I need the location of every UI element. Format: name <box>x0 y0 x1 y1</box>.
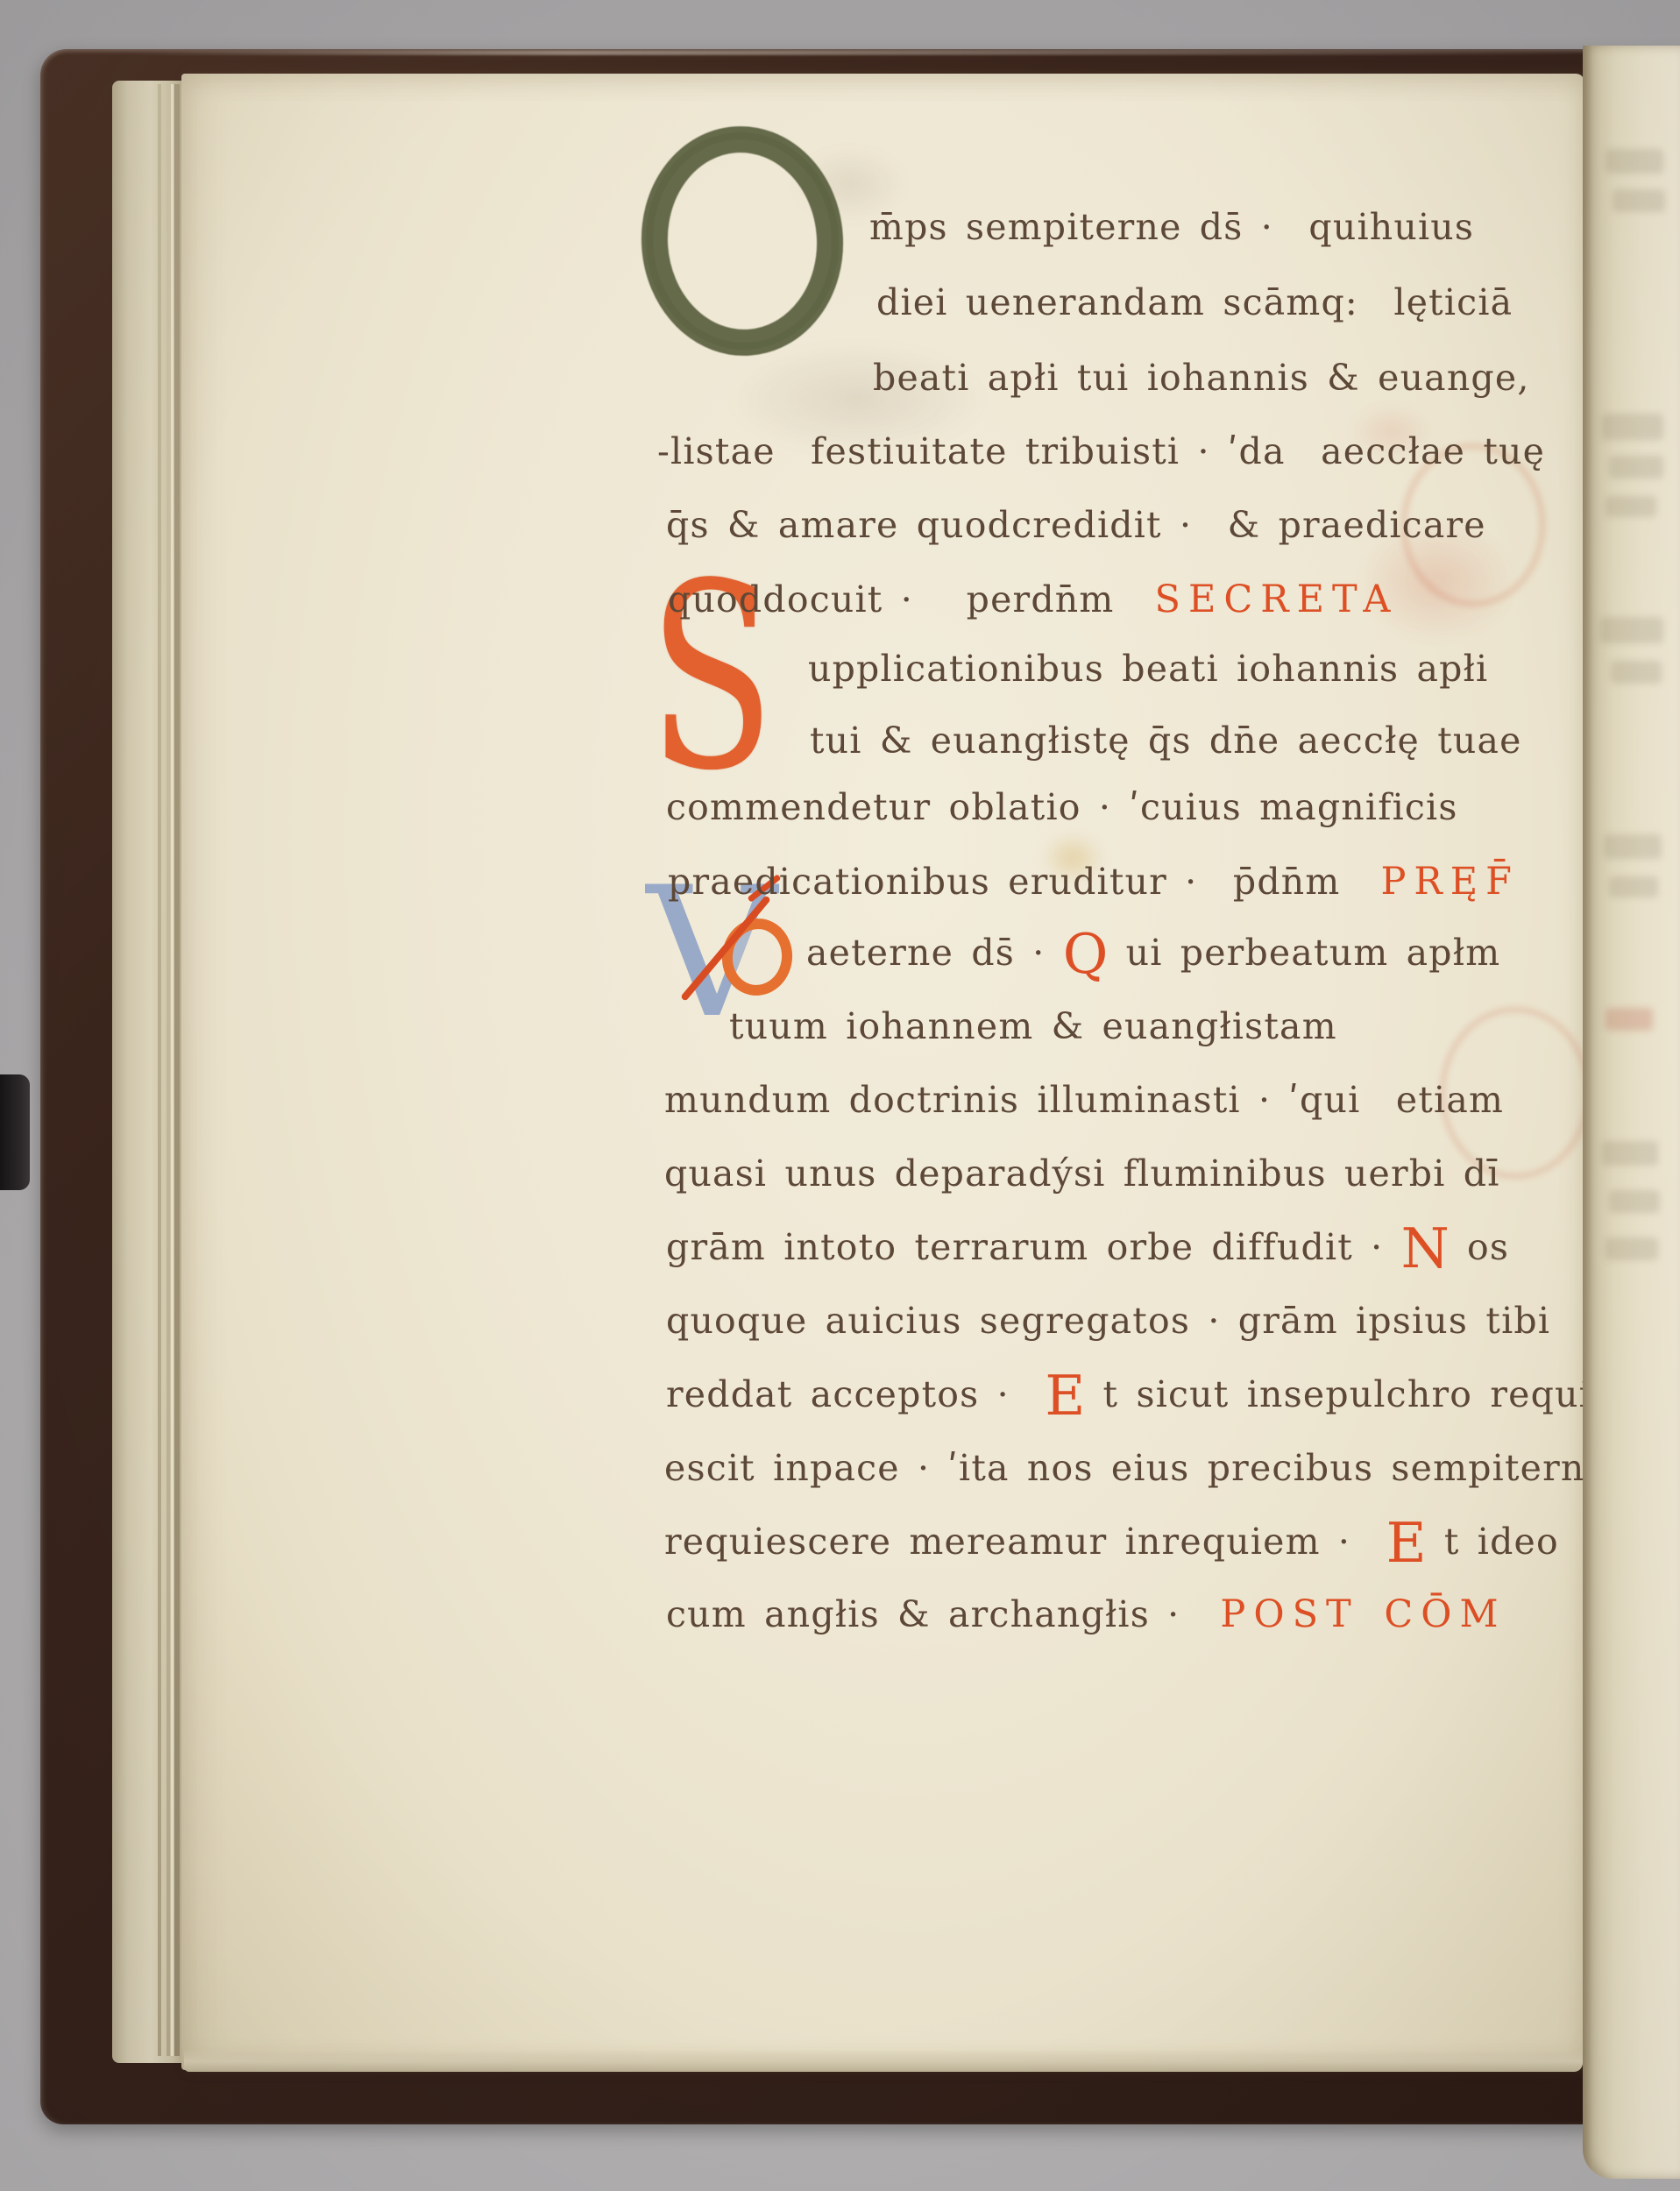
ghost-text <box>1609 876 1658 897</box>
text-segment: cum angłis & archangłis · <box>666 1593 1180 1635</box>
rubric-label: PRĘF̄ <box>1380 860 1520 904</box>
text-line-14: quasi unus deparadýsi fluminibus uerbi d… <box>664 1153 1500 1195</box>
text-line-4: -listae festiuitate tribuisti · ʹda aecc… <box>657 431 1545 472</box>
ghost-text <box>1606 496 1656 517</box>
ghost-text <box>1602 414 1663 440</box>
ghost-text <box>1602 1141 1658 1166</box>
text-line-10: praedicationibus eruditur · p̄dn̄mPRĘF̄ <box>668 861 1520 904</box>
inline-initial: E <box>1386 1511 1427 1575</box>
ghost-text <box>1604 834 1662 859</box>
text-line-13: mundum doctrinis illuminasti · ʹqui etia… <box>664 1080 1504 1121</box>
text-line-1: m̄ps sempiterne ds̄ · quihuius <box>869 207 1474 248</box>
ghost-text <box>1606 1237 1658 1260</box>
text-line-3: beati apłi tui iohannis & euange, <box>873 358 1530 399</box>
text-line-12: tuum iohannem & euangłistam <box>729 1006 1337 1047</box>
manuscript-photo: S V m̄ps sempiterne ds̄ · quihuiusdiei u… <box>0 0 1680 2191</box>
inline-initial: N <box>1401 1216 1450 1280</box>
text-segment: commendetur oblatio · ʹcuius magnificis <box>666 786 1458 828</box>
text-line-16: quoque auicius segregatos · grām ipsius … <box>666 1301 1550 1342</box>
text-segment: quasi unus deparadýsi fluminibus uerbi d… <box>664 1152 1500 1195</box>
text-segment: m̄ps sempiterne ds̄ · quihuius <box>869 206 1474 248</box>
inline-initial: E <box>1045 1364 1085 1428</box>
ghost-text <box>1611 661 1662 684</box>
text-segment: mundum doctrinis illuminasti · ʹqui etia… <box>664 1079 1504 1121</box>
rubric-label: POST CŌM <box>1220 1592 1506 1636</box>
text-line-17: reddat acceptos · E t sicut insepulchro … <box>666 1374 1591 1415</box>
text-line-6: quoddocuit · perdn̄mSECRETA <box>668 578 1398 621</box>
text-segment: quoddocuit · perdn̄m <box>668 578 1114 620</box>
text-segment: os <box>1450 1226 1509 1268</box>
text-segment: -listae festiuitate tribuisti · ʹda aecc… <box>657 430 1545 472</box>
facing-page-edge <box>1583 46 1680 2179</box>
text-segment: requiescere mereamur inrequiem · <box>664 1521 1386 1563</box>
text-segment: diei uenerandam scāmq: lęticiā <box>876 281 1513 323</box>
text-segment: ui perbeatum apłm <box>1108 932 1500 974</box>
text-segment: t ideo <box>1427 1521 1559 1563</box>
ghost-text <box>1609 1190 1660 1213</box>
text-line-19: requiescere mereamur inrequiem · E t ide… <box>664 1521 1559 1563</box>
text-segment: t sicut insepulchro requi <box>1085 1373 1591 1415</box>
text-segment: escit inpace · ʹita nos eius precibus se… <box>664 1447 1607 1489</box>
text-line-5: q̄s & amare quodcredidit · & praedicare <box>666 505 1486 546</box>
text-segment: upplicationibus beati iohannis apłi <box>808 648 1488 690</box>
text-line-18: escit inpace · ʹita nos eius precibus se… <box>664 1448 1607 1489</box>
text-line-8: tui & euangłistę q̄s dn̄e aeccłę tuae <box>810 720 1522 762</box>
text-segment: praedicationibus eruditur · p̄dn̄m <box>668 861 1340 903</box>
text-segment: reddat acceptos · <box>666 1373 1045 1415</box>
text-segment: q̄s & amare quodcredidit · & praedicare <box>666 504 1486 546</box>
edge-clip <box>0 1074 30 1190</box>
text-line-20: cum angłis & archangłis ·POST CŌM <box>666 1593 1506 1636</box>
ghost-text <box>1600 617 1663 643</box>
text-line-11: aeterne ds̄ · Q ui perbeatum apłm <box>806 932 1500 974</box>
ghost-text <box>1609 456 1663 479</box>
ghost-text-red <box>1606 1008 1653 1031</box>
rubric-label: SECRETA <box>1154 578 1398 621</box>
text-line-9: commendetur oblatio · ʹcuius magnificis <box>666 787 1458 828</box>
text-segment: aeterne ds̄ · <box>806 932 1063 974</box>
ghost-text <box>1606 149 1663 174</box>
inline-initial: Q <box>1063 922 1109 986</box>
text-segment: tui & euangłistę q̄s dn̄e aeccłę tuae <box>810 720 1522 762</box>
text-segment: beati apłi tui iohannis & euange, <box>873 357 1530 399</box>
text-segment: tuum iohannem & euangłistam <box>729 1005 1337 1047</box>
text-segment: quoque auicius segregatos · grām ipsius … <box>666 1300 1550 1342</box>
ghost-text <box>1613 189 1665 212</box>
text-block: m̄ps sempiterne ds̄ · quihuiusdiei uener… <box>0 0 1680 2191</box>
text-segment: grām intoto terrarum orbe diffudit · <box>666 1226 1401 1268</box>
text-line-15: grām intoto terrarum orbe diffudit · N o… <box>666 1227 1509 1268</box>
text-line-7: upplicationibus beati iohannis apłi <box>808 649 1488 690</box>
text-line-2: diei uenerandam scāmq: lęticiā <box>876 282 1513 323</box>
